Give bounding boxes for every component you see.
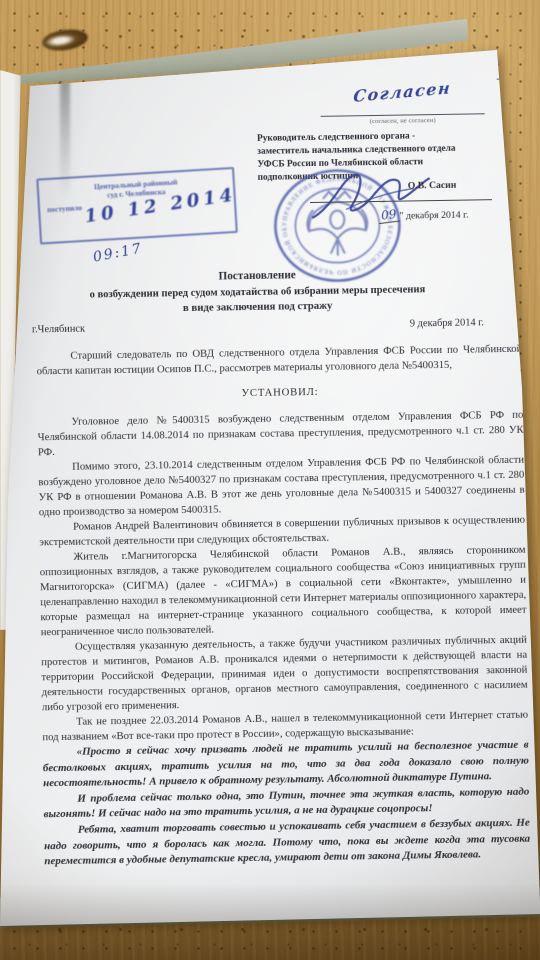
body-paragraph: Осуществляя указанную деятельность, а та… [41,633,528,716]
document-date: 9 декабря 2014 г. [410,317,484,329]
photo-of-legal-document: 1 Согласен (согласен, не согласен) Руков… [0,0,540,960]
city-label: г.Челябинск [32,324,85,336]
approval-date-line: 09" декабря 2014 г. [378,207,468,223]
quoted-statement-paragraph: «Просто я сейчас хочу призвать людей не … [43,738,530,792]
handwritten-received-time: 09:17 [92,240,144,265]
approval-hint-text: (согласен, не согласен) [321,116,485,126]
handwritten-page-number: 1 [495,64,508,84]
handwritten-approval-word: Согласен [324,76,481,109]
document-title: Постановление о возбуждении перед судом … [29,265,486,319]
resolution-word: УСТАНОВИЛ: [37,382,523,405]
body-paragraph: Помимо этого, 23.10.2014 следственным от… [38,453,525,521]
body-paragraph: Уголовное дело №5400315 возбуждено следс… [37,408,524,461]
body-paragraph: Житель г.Магнитогорска Челябинской облас… [39,543,526,641]
document-page: 1 Согласен (согласен, не согласен) Руков… [0,0,540,960]
document-content: 1 Согласен (согласен, не согласен) Руков… [26,39,534,927]
place-and-date-row: г.Челябинск 9 декабря 2014 г. [32,317,484,335]
signer-name: О.В. Сасин [408,180,457,192]
intro-paragraph: Старший следователь по ОВД следственного… [36,342,522,380]
handwritten-day: 09 [377,207,400,224]
document-body: Старший следователь по ОВД следственного… [36,342,530,870]
approval-date-rest: " декабря 2014 г. [399,210,468,222]
quoted-statement-paragraph: Ребята, хватит торговать совестью и успо… [44,816,531,870]
court-incoming-stamp: Центральный районный суд г. Челябинска п… [36,167,238,245]
